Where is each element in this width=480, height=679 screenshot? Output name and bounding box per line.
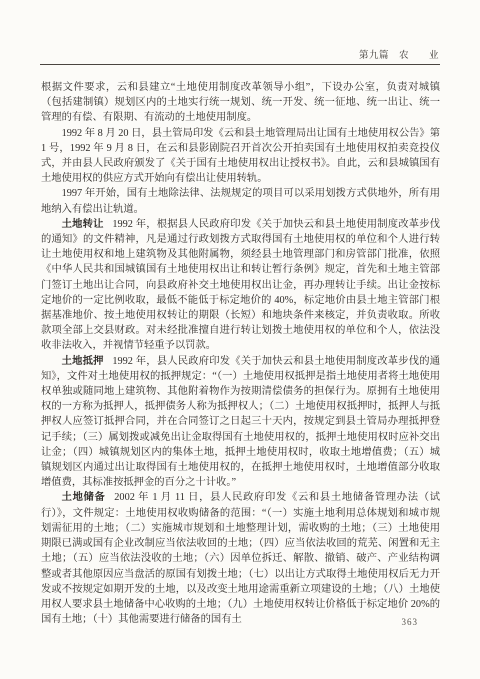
paragraph: 土地储备2002 年 1 月 11 日，县人民政府印发《云和县土地储备管理办法（… [41, 490, 440, 627]
paragraph: 1997 年开始，国有土地除法律、法规规定的项目可以采用划拨方式供地外，所有用地… [41, 186, 440, 216]
paragraph-text: 2002 年 1 月 11 日，县人民政府印发《云和县土地储备管理办法（试行）》… [41, 492, 440, 625]
page-number: 363 [402, 617, 419, 627]
paragraph-text: 1992 年，县人民政府印发《关于加快云和县土地使用制度改革步伐的通知》，文件对… [41, 356, 440, 489]
paragraph-text: 1992 年 8 月 20 日，县土管局印发《云和县土地管理局出让国有土地使用权… [41, 128, 440, 185]
paragraph: 土地转让1992 年，根据县人民政府印发《关于加快云和县土地使用制度改革步伐的通… [41, 217, 440, 354]
header-rule [40, 64, 440, 65]
running-header: 第九篇 农 业 [40, 47, 439, 61]
book-page: 第九篇 农 业 根据文件要求，云和县建立“土地使用制度改革领导小组”，下设办公室… [0, 0, 480, 679]
body-paragraphs: 根据文件要求，云和县建立“土地使用制度改革领导小组”，下设办公室，负责对城镇（包… [41, 80, 440, 627]
paragraph-text: 根据文件要求，云和县建立“土地使用制度改革领导小组”，下设办公室，负责对城镇（包… [41, 82, 440, 123]
paragraph: 1992 年 8 月 20 日，县土管局印发《云和县土地管理局出让国有土地使用权… [41, 126, 440, 187]
paragraph: 土地抵押1992 年，县人民政府印发《关于加快云和县土地使用制度改革步伐的通知》… [41, 354, 440, 491]
paragraph: 根据文件要求，云和县建立“土地使用制度改革领导小组”，下设办公室，负责对城镇（包… [41, 80, 440, 126]
paragraph-text: 1997 年开始，国有土地除法律、法规规定的项目可以采用划拨方式供地外，所有用地… [41, 188, 440, 214]
paragraph-text: 1992 年，根据县人民政府印发《关于加快云和县土地使用制度改革步伐的通知》的文… [41, 219, 440, 352]
paragraph-term: 土地转让 [62, 219, 104, 230]
paragraph-term: 土地抵押 [62, 356, 104, 367]
paragraph-term: 土地储备 [62, 492, 106, 503]
